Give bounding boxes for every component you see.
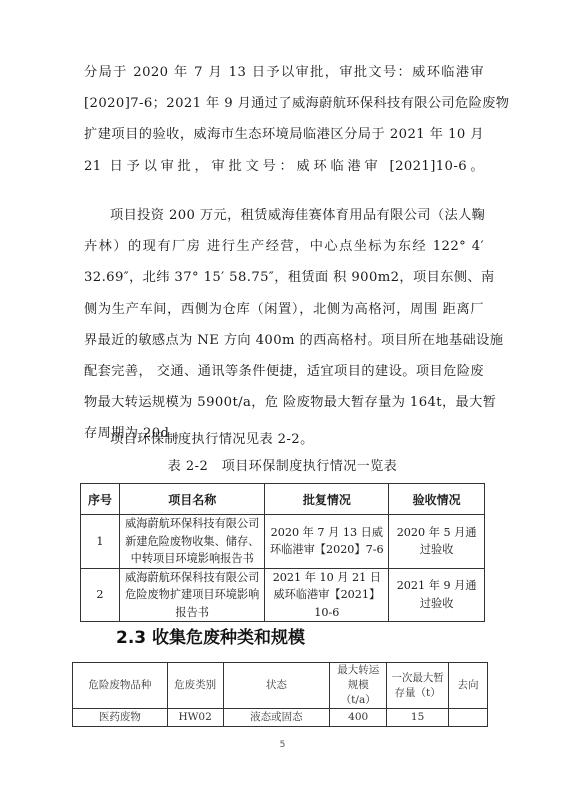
text-line: 分局于 2020 年 7 月 13 日予以审批，审批文号：威环临港审 xyxy=(84,57,484,88)
table-cell: 液态或固态 xyxy=(223,709,330,727)
text-line: 卉林）的现有厂房 进行生产经营，中心点坐标为东经 122° 4′ xyxy=(84,231,484,262)
table-header-row: 序号 项目名称 批复情况 验收情况 xyxy=(81,484,485,515)
table-row: 2 威海蔚航环保科技有限公司危险废物扩建项目环境影响报告书 2021 年 10 … xyxy=(81,568,485,622)
header-cell: 批复情况 xyxy=(265,484,389,515)
table-cell: 2020 年 5 月通过验收 xyxy=(389,515,485,569)
header-cell: 一次最大暂存量（t） xyxy=(387,663,449,709)
header-cell: 验收情况 xyxy=(389,484,485,515)
table-cell: HW02 xyxy=(167,709,223,727)
text-line: 项目投资 200 万元，租赁威海佳赛体育用品有限公司（法人鞠 xyxy=(84,200,484,231)
text-line: 配套完善， 交通、通讯等条件便捷，适宜项目的建设。项目危险废 xyxy=(84,356,484,387)
page-number: 5 xyxy=(0,740,565,750)
text-line: 界最近的敏感点为 NE 方向 400m 的西高格村。项目所在地基础设施 xyxy=(84,325,484,356)
table-row: 1 威海蔚航环保科技有限公司新建危险废物收集、储存、中转项目环境影响报告书 20… xyxy=(81,515,485,569)
text-line: [2020]7-6；2021 年 9 月通过了威海蔚航环保科技有限公司危险废物 xyxy=(84,88,484,119)
header-cell: 危废类别 xyxy=(167,663,223,709)
hazardous-waste-table: 危险废物品种 危废类别 状态 最大转运规模（t/a） 一次最大暂存量（t） 去向… xyxy=(72,662,488,727)
text-line: 项目环保制度执行情况见表 2-2。 xyxy=(84,424,484,455)
table-cell: 2020 年 7 月 13 日威环临港审【2020】7-6 xyxy=(265,515,389,569)
text-line: 侧为生产车间，西侧为仓库（闲置），北侧为高格河，周围 距离厂 xyxy=(84,294,484,325)
table-cell xyxy=(449,709,488,727)
table-cell: 15 xyxy=(387,709,449,727)
paragraph-approval: 分局于 2020 年 7 月 13 日予以审批，审批文号：威环临港审 [2020… xyxy=(84,57,484,182)
text-line: 物最大转运规模为 5900t/a，危 险废物最大暂存量为 164t，最大暂 xyxy=(84,387,484,418)
header-cell: 状态 xyxy=(223,663,330,709)
table-header-row: 危险废物品种 危废类别 状态 最大转运规模（t/a） 一次最大暂存量（t） 去向 xyxy=(73,663,488,709)
table-cell: 1 xyxy=(81,515,120,569)
paragraph-table-reference: 项目环保制度执行情况见表 2-2。 xyxy=(84,424,484,455)
env-compliance-table: 序号 项目名称 批复情况 验收情况 1 威海蔚航环保科技有限公司新建危险废物收集… xyxy=(80,483,485,622)
table-cell: 2021 年 10 月 21 日威环临港审【2021】10-6 xyxy=(265,568,389,622)
header-cell: 危险废物品种 xyxy=(73,663,168,709)
header-cell: 最大转运规模（t/a） xyxy=(330,663,387,709)
table-cell: 医药废物 xyxy=(73,709,168,727)
text-line: 32.69″，北纬 37° 15′ 58.75″，租赁面 积 900m2，项目东… xyxy=(84,262,484,293)
text-line: 扩建项目的验收，威海市生态环境局临港区分局于 2021 年 10 月 xyxy=(84,119,484,150)
table-cell: 威海蔚航环保科技有限公司新建危险废物收集、储存、中转项目环境影响报告书 xyxy=(119,515,265,569)
table-cell: 威海蔚航环保科技有限公司危险废物扩建项目环境影响报告书 xyxy=(119,568,265,622)
header-cell: 去向 xyxy=(449,663,488,709)
table-cell: 2 xyxy=(81,568,120,622)
table-cell: 400 xyxy=(330,709,387,727)
section-heading: 2.3 收集危废种类和规模 xyxy=(116,623,305,648)
paragraph-project-overview: 项目投资 200 万元，租赁威海佳赛体育用品有限公司（法人鞠 卉林）的现有厂房 … xyxy=(84,200,484,450)
table-cell: 2021 年 9 月通过验收 xyxy=(389,568,485,622)
header-cell: 项目名称 xyxy=(119,484,265,515)
table-caption: 表 2-2 项目环保制度执行情况一览表 xyxy=(0,455,565,474)
table-row: 医药废物 HW02 液态或固态 400 15 xyxy=(73,709,488,727)
text-line: 21 日予以审批，审批文号：威环临港审 [2021]10-6。 xyxy=(84,151,484,182)
header-cell: 序号 xyxy=(81,484,120,515)
